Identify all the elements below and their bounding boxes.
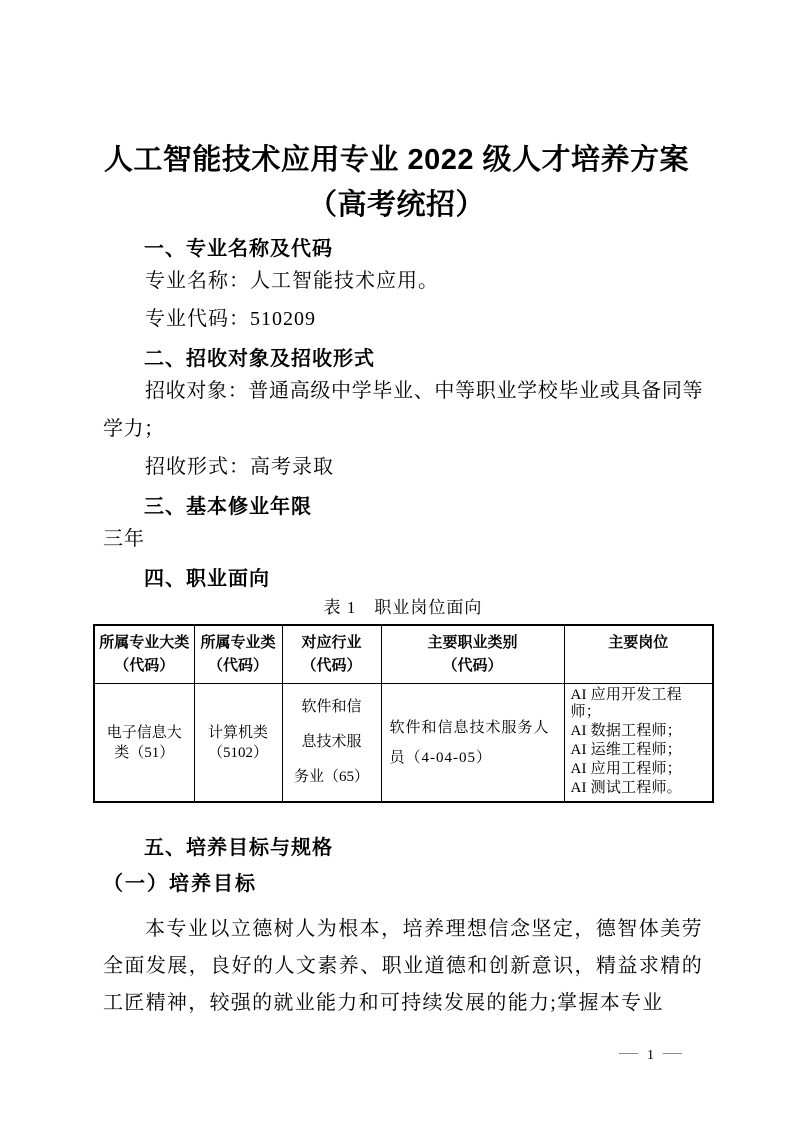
cell-major-category-line1: 电子信息大 [95, 723, 194, 743]
position-item-4: AI 应用工程师； [571, 761, 703, 778]
document-title-line1: 人工智能技术应用专业 2022 级人才培养方案 [0, 138, 793, 183]
paragraph-major-code: 专业代码：510209 [103, 300, 703, 338]
cell-industry: 软件和信 息技术服 务业（65） [282, 684, 381, 803]
position-item-5: AI 测试工程师。 [571, 780, 703, 797]
page-footer: —1— [619, 1042, 682, 1064]
cell-industry-line1: 软件和信 [283, 690, 381, 725]
header-major-class-line2: （代码） [195, 654, 282, 677]
cell-major-category: 电子信息大 类（51） [94, 684, 194, 803]
heading-section-4: 四、职业面向 [103, 566, 703, 592]
header-industry-line2: （代码） [283, 654, 381, 677]
document-title: 人工智能技术应用专业 2022 级人才培养方案 （高考统招） [0, 0, 793, 228]
page-number: 1 [647, 1048, 654, 1063]
cell-positions: AI 应用开发工程师； AI 数据工程师； AI 运维工程师； AI 应用工程师… [564, 684, 713, 803]
heading-section-5: 五、培养目标与规格 [103, 835, 703, 861]
header-occupation: 主要职业类别 （代码） [381, 625, 564, 684]
heading-section-1: 一、专业名称及代码 [103, 236, 703, 262]
cell-major-category-line2: 类（51） [95, 743, 194, 763]
header-industry-line1: 对应行业 [283, 631, 381, 654]
header-industry: 对应行业 （代码） [282, 625, 381, 684]
header-major-category: 所属专业大类 （代码） [94, 625, 194, 684]
header-major-category-line2: （代码） [95, 654, 194, 677]
table-data-row: 电子信息大 类（51） 计算机类 （5102） 软件和信 息技术服 务业（65）… [94, 684, 713, 803]
subheading-training-objective: （一）培养目标 [103, 869, 703, 899]
paragraph-admission-form: 招收形式：高考录取 [103, 448, 703, 486]
header-major-class-line1: 所属专业类 [195, 631, 282, 654]
paragraph-training-objective: 本专业以立德树人为根本，培养理想信念坚定，德智体美劳全面发展，良好的人文素养、职… [103, 911, 703, 1022]
header-major-category-line1: 所属专业大类 [95, 631, 194, 654]
job-orientation-table: 所属专业大类 （代码） 所属专业类 （代码） 对应行业 （代码） 主要职业类别 … [93, 624, 714, 803]
position-item-3: AI 运维工程师； [571, 742, 703, 759]
cell-industry-line2: 息技术服 [283, 725, 381, 760]
heading-section-2: 二、招收对象及招收形式 [103, 346, 703, 372]
cell-major-class-line2: （5102） [195, 743, 282, 763]
document-title-line2: （高考统招） [0, 183, 793, 228]
heading-section-3: 三、基本修业年限 [103, 494, 703, 520]
header-occupation-line1: 主要职业类别 [382, 631, 564, 654]
header-occupation-line2: （代码） [382, 654, 564, 677]
cell-major-class-line1: 计算机类 [195, 723, 282, 743]
paragraph-study-years: 三年 [103, 520, 703, 558]
table-header-row: 所属专业大类 （代码） 所属专业类 （代码） 对应行业 （代码） 主要职业类别 … [94, 625, 713, 684]
cell-industry-line3: 务业（65） [283, 760, 381, 795]
document-body: 一、专业名称及代码 专业名称：人工智能技术应用。 专业代码：510209 二、招… [0, 236, 793, 1022]
cell-occupation: 软件和信息技术服务人员（4-04-05） [381, 684, 564, 803]
footer-dash-left: — [619, 1042, 638, 1063]
document-page: 人工智能技术应用专业 2022 级人才培养方案 （高考统招） 一、专业名称及代码… [0, 0, 793, 1122]
header-major-class: 所属专业类 （代码） [194, 625, 282, 684]
table-caption: 表 1 职业岗位面向 [103, 596, 703, 620]
position-item-2: AI 数据工程师； [571, 723, 703, 740]
cell-major-class: 计算机类 （5102） [194, 684, 282, 803]
paragraph-admission-target: 招收对象：普通高级中学毕业、中等职业学校毕业或具备同等学力； [103, 372, 703, 448]
header-positions: 主要岗位 [564, 625, 713, 684]
position-item-1: AI 应用开发工程师； [571, 687, 703, 721]
header-positions-line1: 主要岗位 [565, 631, 713, 654]
paragraph-major-name: 专业名称：人工智能技术应用。 [103, 262, 703, 300]
footer-dash-right: — [663, 1042, 682, 1063]
